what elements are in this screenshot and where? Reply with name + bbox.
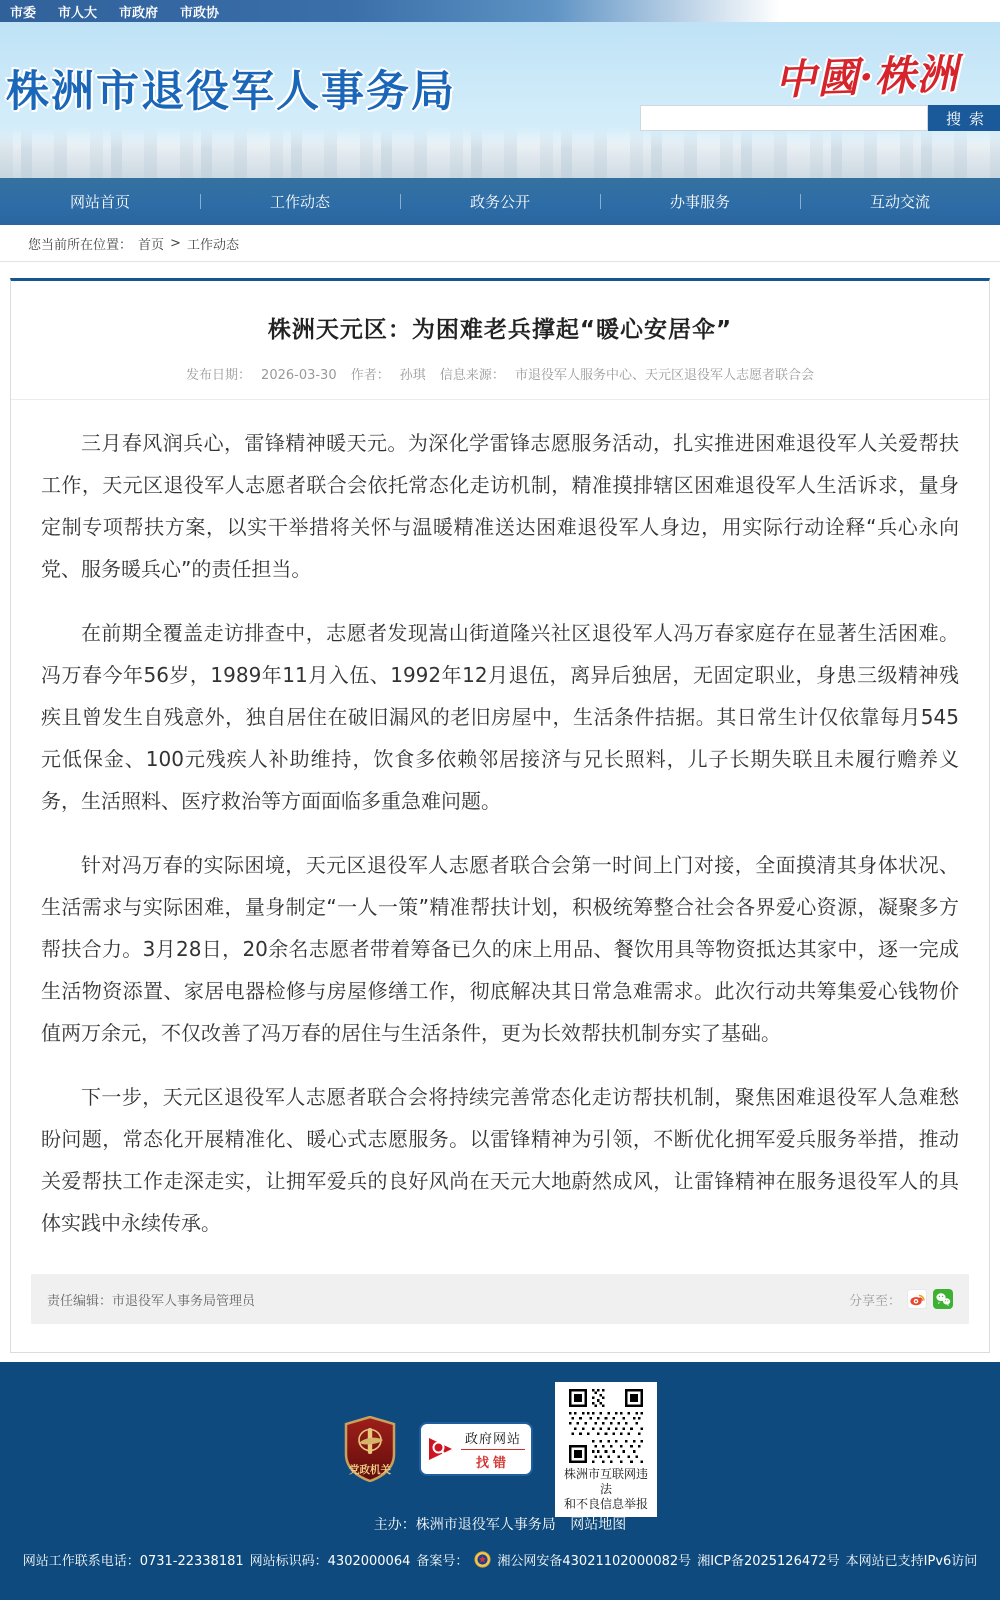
breadcrumb-current[interactable]: 工作动态 — [187, 234, 239, 253]
zhaocuo-text: 政府网站 找错 — [461, 1428, 525, 1471]
article-paragraph: 针对冯万春的实际困境，天元区退役军人志愿者联合会第一时间上门对接，全面摸清其身体… — [41, 844, 959, 1054]
article-footer-bar: 责任编辑：市退役军人事务局管理员 分享至： — [31, 1274, 969, 1324]
author: 孙琪 — [400, 368, 426, 383]
share-widget: 分享至： — [849, 1289, 953, 1309]
ipv6-note: 本网站已支持IPv6访问 — [846, 1550, 978, 1569]
author-label: 作者： — [351, 368, 390, 383]
search-bar: 搜索 — [640, 105, 1000, 131]
search-input[interactable] — [640, 105, 928, 131]
editor-name: 市退役军人事务局管理员 — [112, 1294, 255, 1309]
topbar-link-renda[interactable]: 市人大 — [58, 2, 97, 21]
article-paragraph: 三月春风润兵心，雷锋精神暖天元。为深化学雷锋志愿服务活动，扎实推进困难退役军人关… — [41, 422, 959, 590]
qr-caption-line1: 株洲市互联网违法 — [559, 1467, 653, 1497]
breadcrumb-home-link[interactable]: 首页 — [138, 234, 164, 253]
zhaocuo-line2: 找错 — [461, 1450, 525, 1471]
editor-label: 责任编辑： — [47, 1294, 112, 1309]
report-qr-card[interactable]: 株洲市互联网违法 和不良信息举报 — [555, 1382, 657, 1517]
nav-item-work-news[interactable]: 工作动态 — [200, 178, 400, 225]
government-links-bar: 市委 市人大 市政府 市政协 — [0, 0, 1000, 22]
breadcrumb-separator: > — [170, 236, 181, 251]
footer-badges: 党政机关 政府网站 找错 — [0, 1362, 1000, 1510]
nav-item-interaction[interactable]: 互动交流 — [800, 178, 1000, 225]
article-paragraph: 下一步，天元区退役军人志愿者联合会将持续完善常态化走访帮扶机制，聚焦困难退役军人… — [41, 1076, 959, 1244]
article-meta: 发布日期：2026-03-30 作者：孙琪 信息来源：市退役军人服务中心、天元区… — [51, 364, 949, 383]
sitemap-link[interactable]: 网站地图 — [570, 1517, 626, 1533]
icp-beian-link[interactable]: 湘ICP备2025126472号 — [697, 1550, 839, 1569]
wechat-share-icon[interactable] — [933, 1289, 953, 1309]
police-badge-icon — [474, 1551, 491, 1568]
nav-item-label: 办事服务 — [670, 191, 730, 212]
article-paragraph: 在前期全覆盖走访排查中，志愿者发现嵩山街道隆兴社区退役军人冯万春家庭存在显著生活… — [41, 612, 959, 822]
site-banner: 株洲市退役军人事务局 中國·株洲 搜索 — [0, 22, 1000, 178]
website-error-report-badge[interactable]: 政府网站 找错 — [419, 1422, 533, 1476]
main-navigation: 网站首页 工作动态 政务公开 办事服务 互动交流 — [0, 178, 1000, 225]
nav-item-services[interactable]: 办事服务 — [600, 178, 800, 225]
qr-caption-line2: 和不良信息举报 — [559, 1497, 653, 1512]
breadcrumb-prefix: 您当前所在位置： — [28, 234, 132, 253]
china-zhuzhou-logo: 中國·株洲 — [774, 41, 959, 106]
party-government-shield-icon[interactable]: 党政机关 — [343, 1416, 397, 1482]
page-footer: 党政机关 政府网站 找错 — [0, 1362, 1000, 1600]
zhaocuo-line1: 政府网站 — [461, 1428, 525, 1450]
footer-legal-row: 网站工作联系电话：0731-22338181 网站标识码：4302000064 … — [0, 1550, 1000, 1569]
host-row: 主办：株洲市退役军人事务局 网站地图 — [0, 1514, 1000, 1534]
nav-item-label: 政务公开 — [470, 191, 530, 212]
beian-label: 备案号： — [416, 1550, 468, 1569]
nav-item-home[interactable]: 网站首页 — [0, 178, 200, 225]
search-button[interactable]: 搜索 — [928, 105, 1000, 131]
nav-item-label: 互动交流 — [870, 191, 930, 212]
shield-badge-label: 党政机关 — [349, 1463, 391, 1476]
website-error-report-icon — [427, 1435, 455, 1463]
contact-phone: 网站工作联系电话：0731-22338181 — [23, 1550, 244, 1569]
publish-date-label: 发布日期： — [186, 368, 251, 383]
nav-item-gov-info[interactable]: 政务公开 — [400, 178, 600, 225]
site-code: 网站标识码：4302000064 — [250, 1550, 411, 1569]
editor-info: 责任编辑：市退役军人事务局管理员 — [47, 1290, 255, 1309]
article-body: 三月春风润兵心，雷锋精神暖天元。为深化学雷锋志愿服务活动，扎实推进困难退役军人关… — [11, 400, 989, 1245]
weibo-share-icon[interactable] — [907, 1289, 927, 1309]
site-title: 株洲市退役军人事务局 — [6, 58, 456, 119]
article-header: 株洲天元区：为困难老兵撑起“暖心安居伞” 发布日期：2026-03-30 作者：… — [11, 281, 989, 400]
source-label: 信息来源： — [440, 368, 505, 383]
topbar-link-shiwei[interactable]: 市委 — [10, 2, 36, 21]
breadcrumb: 您当前所在位置： 首页 > 工作动态 — [0, 225, 1000, 262]
share-label: 分享至： — [849, 1290, 901, 1309]
gongan-beian-link[interactable]: 湘公网安备43021102000082号 — [497, 1550, 691, 1569]
publish-date: 2026-03-30 — [261, 368, 337, 383]
source: 市退役军人服务中心、天元区退役军人志愿者联合会 — [515, 368, 814, 383]
report-qr-code — [569, 1389, 643, 1463]
nav-item-label: 网站首页 — [70, 191, 130, 212]
topbar-link-zhengfu[interactable]: 市政府 — [119, 2, 158, 21]
city-skyline-image — [0, 128, 1000, 178]
page-title: 株洲天元区：为困难老兵撑起“暖心安居伞” — [51, 311, 949, 344]
host-label: 主办：株洲市退役军人事务局 — [374, 1517, 556, 1533]
nav-item-label: 工作动态 — [270, 191, 330, 212]
article-container: 株洲天元区：为困难老兵撑起“暖心安居伞” 发布日期：2026-03-30 作者：… — [10, 278, 990, 1353]
topbar-link-zhengxie[interactable]: 市政协 — [180, 2, 219, 21]
